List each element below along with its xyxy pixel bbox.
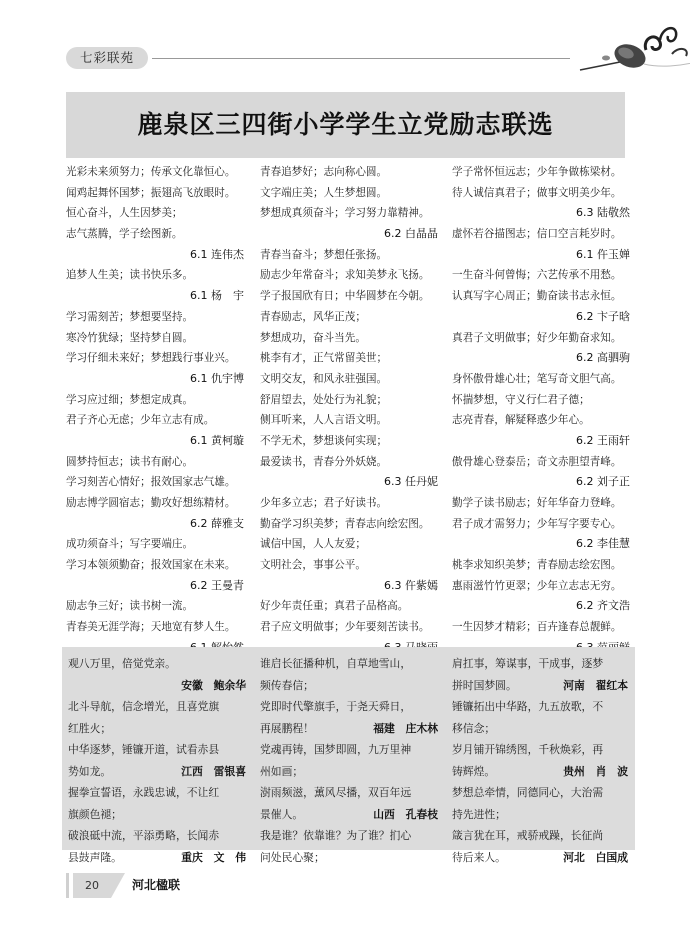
couplet-line: 桃李有才，正气常留美世； <box>260 348 438 369</box>
couplet-line: 桃李求知织美梦；青春励志绘宏图。 <box>452 555 630 576</box>
contributed-column-3: 肩扛事，筹谋事，干成事，逐梦 拼时国梦圆。河南 翟红本 锤镰拓出中华路，九五放歌… <box>452 653 628 868</box>
author-signature: 6.2 薛雅支 <box>66 514 244 535</box>
couplet-line: 梦想成真须奋斗；学习努力靠精神。 <box>260 203 438 224</box>
author-signature: 6.1 连伟杰 <box>66 245 244 266</box>
author-signature: 6.3 任丹妮 <box>260 472 438 493</box>
couplet-line: 励志博学圆宿志；勤攻好想练精材。 <box>66 493 244 514</box>
couplet-line: 少年多立志；君子好读书。 <box>260 493 438 514</box>
couplet-line: 励志少年常奋斗；求知美梦永飞扬。 <box>260 265 438 286</box>
couplet-line: 红胜火； <box>68 718 246 740</box>
author-signature: 6.2 王曼青 <box>66 576 244 597</box>
author-signature: 6.2 李佳慧 <box>452 534 630 555</box>
couplet-line: 青春美无涯学海；天地宽有梦人生。 <box>66 617 244 638</box>
couplet-line: 势如龙。江西 雷银喜 <box>68 761 246 783</box>
couplet-line: 青春追梦好；志向称心圆。 <box>260 162 438 183</box>
author-signature: 江西 雷银喜 <box>181 761 246 783</box>
couplet-line: 怀揣梦想，守义行仁君子德； <box>452 390 630 411</box>
contributed-column-1: 观八万里，倍觉党亲。 安徽 鲍余华 北斗导航，信念增光，且喜党旗 红胜火； 中华… <box>68 653 246 868</box>
author-signature: 河南 翟红本 <box>563 675 628 697</box>
couplet-line: 勤奋学习织美梦；青春志向绘宏图。 <box>260 514 438 535</box>
ink-brush-ornament-icon <box>560 18 690 76</box>
couplet-line: 景催人。山西 孔春枝 <box>260 804 438 826</box>
couplet-line: 中华逐梦，锤镰开道，试看赤县 <box>68 739 246 761</box>
couplet-line: 文字端庄美；人生梦想圆。 <box>260 183 438 204</box>
title-banner: 鹿泉区三四街小学学生立党励志联选 <box>66 92 625 158</box>
couplet-line: 勤学子读书励志；好年华奋力登峰。 <box>452 493 630 514</box>
couplet-line: 学习应过细；梦想定成真。 <box>66 390 244 411</box>
couplet-line: 学习仔细未来好；梦想践行事业兴。 <box>66 348 244 369</box>
author-signature: 福建 庄木林 <box>373 718 438 740</box>
couplet-line: 成功须奋斗；写字要端庄。 <box>66 534 244 555</box>
couplet-line: 待人诚信真君子；做事文明美少年。 <box>452 183 630 204</box>
couplet-line: 好少年责任重；真君子品格高。 <box>260 596 438 617</box>
couplet-line: 岁月铺开锦绣图，千秋焕彩，再 <box>452 739 628 761</box>
publication-name: 河北楹联 <box>132 873 180 898</box>
couplet-column-2: 青春追梦好；志向称心圆。 文字端庄美；人生梦想圆。 梦想成真须奋斗；学习努力靠精… <box>260 162 438 659</box>
couplet-line: 北斗导航，信念增光，且喜党旗 <box>68 696 246 718</box>
page-title: 鹿泉区三四街小学学生立党励志联选 <box>66 92 625 158</box>
footer-accent-bar <box>66 873 69 898</box>
couplet-line: 铸辉煌。贵州 肖 波 <box>452 761 628 783</box>
couplet-line: 谁启长征播种机，自草地雪山， <box>260 653 438 675</box>
couplet-line: 舒眉望去，处处行为礼貌； <box>260 390 438 411</box>
couplet-line: 肩扛事，筹谋事，干成事，逐梦 <box>452 653 628 675</box>
couplet-line: 侧耳听来，人人言语文明。 <box>260 410 438 431</box>
couplet-line: 党魂再铸，国梦即圆，九万里神 <box>260 739 438 761</box>
couplet-line: 州如画； <box>260 761 438 783</box>
author-signature: 6.3 陆敬然 <box>452 203 630 224</box>
page-footer: 20 河北楹联 <box>66 873 366 898</box>
couplet-line: 澍雨频滋，薰风尽播，双百年远 <box>260 782 438 804</box>
couplet-line: 县鼓声隆。重庆 文 伟 <box>68 847 246 869</box>
couplet-line: 诚信中国，人人友爱； <box>260 534 438 555</box>
author-signature: 6.1 杨 宇 <box>66 286 244 307</box>
couplet-line: 志气蒸腾，学子绘图新。 <box>66 224 244 245</box>
author-signature: 6.2 白晶晶 <box>260 224 438 245</box>
couplet-line: 一生奋斗何曾悔；六艺传承不用愁。 <box>452 265 630 286</box>
couplet-line: 青春励志，风华正茂； <box>260 307 438 328</box>
section-label: 七彩联苑 <box>66 47 148 69</box>
couplet-line: 梦想总牵情，同德同心，大治需 <box>452 782 628 804</box>
couplet-line: 寒冷竹犹绿；坚持梦自圆。 <box>66 328 244 349</box>
couplet-line: 君子齐心无虑；少年立志有成。 <box>66 410 244 431</box>
author-signature: 山西 孔春枝 <box>373 804 438 826</box>
couplet-line: 文明社会，事事公平。 <box>260 555 438 576</box>
author-signature: 6.3 仵紫嫣 <box>260 576 438 597</box>
couplet-line: 再展鹏程！福建 庄木林 <box>260 718 438 740</box>
couplet-line: 移信念； <box>452 718 628 740</box>
couplet-column-1: 光彩未来须努力；传承文化靠恒心。 闻鸡起舞怀国梦；振翅高飞放眼时。 恒心奋斗，人… <box>66 162 244 659</box>
author-signature: 6.2 王雨轩 <box>452 431 630 452</box>
couplet-line: 观八万里，倍觉党亲。 <box>68 653 246 675</box>
couplet-line: 君子成才需努力；少年写字要专心。 <box>452 514 630 535</box>
couplet-line: 旗颜色褪； <box>68 804 246 826</box>
couplet-line: 问处民心聚； <box>260 847 438 869</box>
author-signature: 安徽 鲍余华 <box>68 675 246 697</box>
couplet-line: 持先进性； <box>452 804 628 826</box>
couplet-line: 闻鸡起舞怀国梦；振翅高飞放眼时。 <box>66 183 244 204</box>
couplet-line: 学子常怀恒远志；少年争做栋梁材。 <box>452 162 630 183</box>
couplet-line: 拼时国梦圆。河南 翟红本 <box>452 675 628 697</box>
couplet-line: 党即时代擎旗手，于尧天舜日， <box>260 696 438 718</box>
author-signature: 6.2 高驷驹 <box>452 348 630 369</box>
author-signature: 6.2 刘子正 <box>452 472 630 493</box>
author-signature: 6.2 卞子晗 <box>452 307 630 328</box>
page-number: 20 <box>73 873 111 898</box>
couplet-line: 一生因梦才精彩；百卉逢春总靓鲜。 <box>452 617 630 638</box>
couplet-line: 惠雨滋竹竹更翠；少年立志志无穷。 <box>452 576 630 597</box>
couplet-line: 箴言犹在耳，戒骄戒躁，长征尚 <box>452 825 628 847</box>
couplet-line: 学习本领须勤奋；报效国家在未来。 <box>66 555 244 576</box>
couplet-line: 认真写字心周正；勤奋读书志永恒。 <box>452 286 630 307</box>
couplet-line: 锤镰拓出中华路，九五放歌，不 <box>452 696 628 718</box>
page-number-tab-slant <box>111 873 125 898</box>
couplet-line: 励志争三好；读书树一流。 <box>66 596 244 617</box>
author-signature: 贵州 肖 波 <box>563 761 628 783</box>
couplet-line: 光彩未来须努力；传承文化靠恒心。 <box>66 162 244 183</box>
couplet-line: 我是谁？依靠谁？为了谁？扪心 <box>260 825 438 847</box>
couplet-line: 破浪砥中流，平添勇略，长闻赤 <box>68 825 246 847</box>
couplet-line: 文明交友，和风永驻强国。 <box>260 369 438 390</box>
couplet-line: 最爱读书，青春分外妖娆。 <box>260 452 438 473</box>
couplet-line: 频传春信； <box>260 675 438 697</box>
couplet-line: 傲骨雄心登泰岳；奇文赤胆望青峰。 <box>452 452 630 473</box>
author-signature: 6.1 黄柯璇 <box>66 431 244 452</box>
couplet-line: 真君子文明做事；好少年勤奋求知。 <box>452 328 630 349</box>
couplet-line: 志亮青春，解疑释惑少年心。 <box>452 410 630 431</box>
couplet-line: 握拳宣誓语，永践忠诚，不让红 <box>68 782 246 804</box>
author-signature: 6.2 齐文浩 <box>452 596 630 617</box>
author-signature: 河北 白国成 <box>563 847 628 869</box>
author-signature: 6.1 仇宇博 <box>66 369 244 390</box>
couplet-line: 学习需刻苦；梦想要坚持。 <box>66 307 244 328</box>
couplet-line: 学子报国欣有日；中华圆梦在今朝。 <box>260 286 438 307</box>
couplet-line: 圆梦持恒志；读书有耐心。 <box>66 452 244 473</box>
couplet-line: 恒心奋斗，人生因梦美； <box>66 203 244 224</box>
couplet-line: 虚怀若谷描图志；信口空言耗岁时。 <box>452 224 630 245</box>
couplet-line: 梦想成功，奋斗当先。 <box>260 328 438 349</box>
couplet-column-3: 学子常怀恒远志；少年争做栋梁材。 待人诚信真君子；做事文明美少年。 6.3 陆敬… <box>452 162 630 659</box>
author-signature: 重庆 文 伟 <box>181 847 246 869</box>
author-signature: 6.1 仵玉婵 <box>452 245 630 266</box>
couplet-line: 追梦人生美；读书快乐多。 <box>66 265 244 286</box>
couplet-line: 青春当奋斗；梦想任张扬。 <box>260 245 438 266</box>
contributed-column-2: 谁启长征播种机，自草地雪山， 频传春信； 党即时代擎旗手，于尧天舜日， 再展鹏程… <box>260 653 438 868</box>
header-divider <box>152 58 570 59</box>
section-header: 七彩联苑 <box>60 44 630 74</box>
couplet-line: 君子应文明做事；少年要刻苦读书。 <box>260 617 438 638</box>
couplet-line: 学习刻苦心情好；报效国家志气雄。 <box>66 472 244 493</box>
couplet-line: 不学无术，梦想谈何实现； <box>260 431 438 452</box>
couplet-line: 身怀傲骨雄心壮；笔写奇文胆气高。 <box>452 369 630 390</box>
couplet-line: 待后来人。河北 白国成 <box>452 847 628 869</box>
